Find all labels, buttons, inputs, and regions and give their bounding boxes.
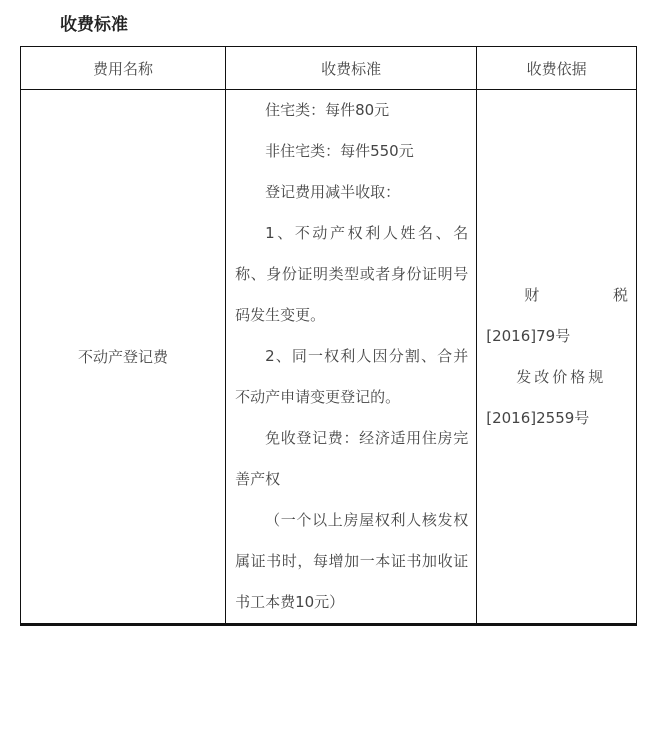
- header-fee-standard: 收费标准: [226, 47, 477, 90]
- fee-standard-cell: 住宅类：每件80元 非住宅类：每件550元 登记费用减半收取： 1、不动产权利人…: [226, 90, 477, 625]
- standard-line: 免收登记费：经济适用住房完善产权: [235, 418, 468, 500]
- standard-line: 住宅类：每件80元: [235, 90, 468, 131]
- standard-line: 非住宅类：每件550元: [235, 131, 468, 172]
- standard-line: （一个以上房屋权利人核发权属证书时，每增加一本证书加收证书工本费10元）: [235, 500, 468, 623]
- header-fee-name: 费用名称: [21, 47, 226, 90]
- basis-doc1-number: [2016]79号: [486, 316, 628, 357]
- basis-doc2-number: [2016]2559号: [486, 398, 628, 439]
- standard-line: 1、不动产权利人姓名、名称、身份证明类型或者身份证明号码发生变更。: [235, 213, 468, 336]
- basis-text: 税: [613, 275, 628, 316]
- standard-line: 2、同一权利人因分割、合并不动产申请变更登记的。: [235, 336, 468, 418]
- table-header-row: 费用名称 收费标准 收费依据: [21, 47, 637, 90]
- table-row: 不动产登记费 住宅类：每件80元 非住宅类：每件550元 登记费用减半收取： 1…: [21, 90, 637, 625]
- fee-name-cell: 不动产登记费: [21, 90, 226, 625]
- basis-text: 财: [524, 275, 539, 316]
- fee-table: 费用名称 收费标准 收费依据 不动产登记费 住宅类：每件80元 非住宅类：每件5…: [20, 46, 637, 626]
- standard-line: 登记费用减半收取：: [235, 172, 468, 213]
- basis-doc1-prefix: 财 税: [486, 275, 628, 316]
- fee-basis-cell: 财 税 [2016]79号 发改价格规 [2016]2559号: [477, 90, 637, 625]
- basis-doc2-prefix: 发改价格规: [486, 357, 628, 398]
- header-fee-basis: 收费依据: [477, 47, 637, 90]
- section-title: 收费标准: [60, 10, 128, 35]
